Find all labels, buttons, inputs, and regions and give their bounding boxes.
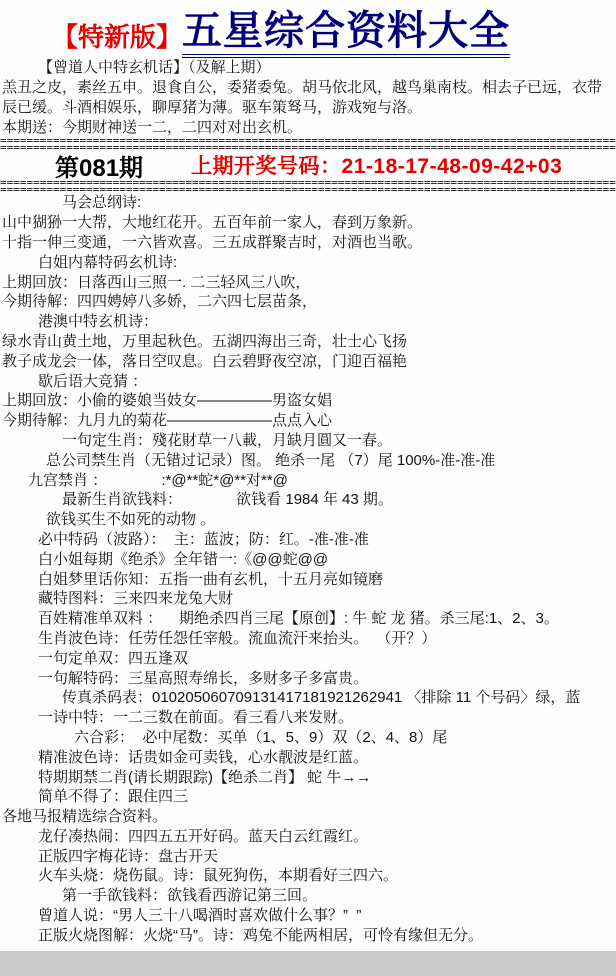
body-line: 今期待解：九月九的菊花———————点点入心 — [0, 411, 616, 431]
body-line: 曾道人说：“男人三十八喝酒时喜欢做什么事？” ” — [0, 906, 616, 926]
body-line: 第一手欲钱料：欲钱看西游记第三回。 — [0, 886, 616, 906]
body-line: 一句解特码：三星高照寿绵长，多财多子多富贵。 — [0, 669, 616, 689]
body-line: 马会总纲诗: — [0, 193, 616, 213]
body-line: 白姐内幕特码玄机诗: — [0, 253, 616, 273]
body-line: 正版四字梅花诗：盘古开天 — [0, 847, 616, 867]
body-line: 总公司禁生肖（无错过记录）图。 绝杀一尾 （7）尾 100%-准-准-准 — [0, 451, 616, 471]
body-line: 六合彩： 必中尾数：买单（1、5、9）双（2、4、8）尾 — [0, 728, 616, 748]
divider-line: ========================================… — [0, 186, 616, 193]
body-line: 精准波色诗：话贵如金可卖钱，心水靓波是红蓝。 — [0, 748, 616, 768]
body-line: 山中猢狲一大帮，大地红花开。五百年前一家人，春到万象新。 — [0, 213, 616, 233]
body-line: 必中特码（波路）： 主：蓝波；防：红。-准-准-准 — [0, 530, 616, 550]
page-title: 五星综合资料大全 — [182, 11, 510, 58]
body-line: 生肖波色诗：任劳任怨任宰般。流血流汗来抬头。 （开？） — [0, 629, 616, 649]
body-line: 九宫禁肖 ： :*@**蛇*@**对**@ — [0, 471, 616, 491]
body-line: 火车头烧：烧伤鼠。诗：鼠死狗伤，本期看好三四六。 — [0, 866, 616, 886]
intro-line: 本期送：今期财神送一二，二四对对出玄机。 — [0, 118, 616, 138]
body-line: 港澳中特玄机诗： — [0, 312, 616, 332]
issue-number: 第081期 — [55, 148, 143, 183]
body-line: 传真杀码表：010205060709131417181921262941 〈排除… — [0, 688, 616, 708]
intro-heading: 【曾道人中特玄机话】（及解上期） — [0, 58, 616, 78]
body-line: 十指一伸三变通，一六皆欢喜。三五成群聚吉时，对酒也当歌。 — [0, 233, 616, 253]
body-line: 今期待解：四四娉婷八多娇，二六四七层苗条， — [0, 292, 616, 312]
body-line: 正版火烧图解：火烧“马”。诗：鸡兔不能两相居，可怜有缘但无分。 — [0, 926, 616, 946]
body-line: 特期期禁二肖(请长期跟踪)【绝杀二肖】 蛇 牛→→ — [0, 768, 616, 788]
body-line: 上期回放：日落西山三照一. 二三轻风三八吹， — [0, 273, 616, 293]
body-line: 绿水青山黄土地，万里起秋色。五湖四海出三奇，壮士心飞扬 — [0, 332, 616, 352]
body-line: 欲钱买生不如死的动物 。 — [0, 510, 616, 530]
body-line: 藏特图料：三来四来龙兔大财 — [0, 589, 616, 609]
footer-gray-strip — [0, 951, 616, 976]
body-line: 最新生肖欲钱料： 欲钱看 1984 年 43 期。 — [0, 490, 616, 510]
issue-bar: 第081期 上期开奖号码：21-18-17-48-09-42+03 — [0, 151, 616, 179]
body-line: 各地马报精选综合资料。 — [0, 807, 616, 827]
edition-badge: 【特新版】 — [52, 24, 182, 58]
body-line: 一诗中特：一二三数在前面。看三看八来发财。 — [0, 708, 616, 728]
body-line: 教子成龙会一体，落日空叹息。白云碧野夜空凉，门迎百福艳 — [0, 352, 616, 372]
body-line: 一句定生肖：殘花財草一八載，月缺月圓又一春。 — [0, 431, 616, 451]
lottery-info-sheet: 【特新版】 五星综合资料大全 【曾道人中特玄机话】（及解上期） 羔丑之皮，素丝五… — [0, 0, 616, 976]
body-line: 白姐梦里话你知：五指一曲有玄机，十五月亮如镜磨 — [0, 570, 616, 590]
body-line: 白小姐每期《绝杀》全年错一:《@@蛇@@ — [0, 550, 616, 570]
body-line: 上期回放：小偷的婆娘当妓女—————男盗女娼 — [0, 391, 616, 411]
body-line: 龙仔凑热闹：四四五五开好码。蓝天白云红霞红。 — [0, 827, 616, 847]
intro-line: 羔丑之皮，素丝五申。退食自公，委猪委兔。胡马依北风，越鸟巢南枝。相去子已远，衣带 — [0, 78, 616, 98]
intro-line: 辰已缓。斗酒相娱乐，聊厚猪为薄。驱车策驽马，游戏宛与洛。 — [0, 98, 616, 118]
page-header: 【特新版】 五星综合资料大全 — [0, 0, 616, 58]
body-line: 百姓精准单双料 ： 期绝杀四肖三尾【原创】: 牛 蛇 龙 猪。杀三尾:1、2、3… — [0, 609, 616, 629]
last-draw-numbers: 上期开奖号码：21-18-17-48-09-42+03 — [191, 150, 562, 180]
body-line: 简单不得了：跟住四三 — [0, 787, 616, 807]
body-line: 一句定单双：四五逢双 — [0, 649, 616, 669]
body-line: 歇后语大竞猜 ： — [0, 372, 616, 392]
divider-bottom: ========================================… — [0, 179, 616, 193]
